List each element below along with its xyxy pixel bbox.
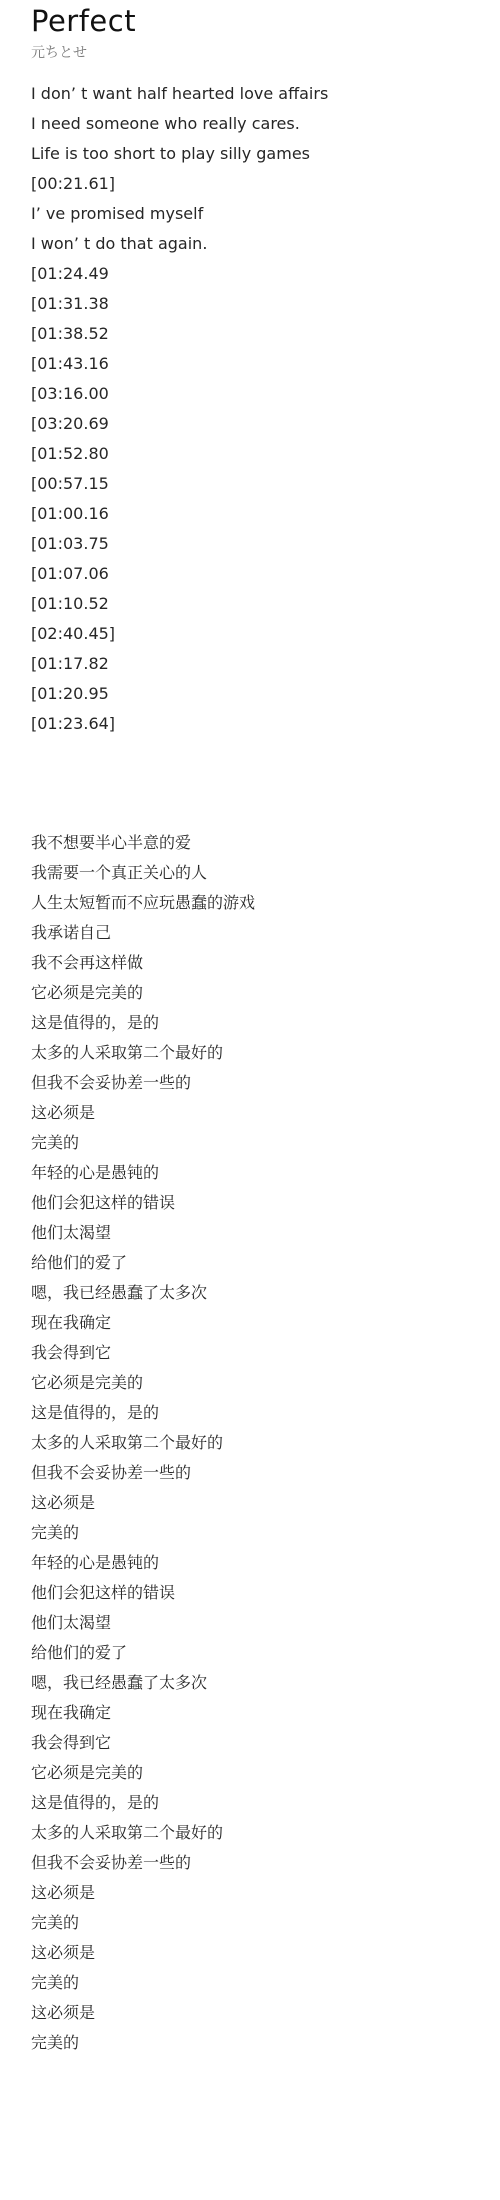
lyric-line: 人生太短暂而不应玩愚蠢的游戏 [31, 888, 480, 918]
lyric-line: [00:57.15 [31, 469, 480, 499]
lyric-line: 这是值得的，是的 [31, 1008, 480, 1038]
lyric-line: 这必须是 [31, 1938, 480, 1968]
lyric-line: 我会得到它 [31, 1728, 480, 1758]
lyric-line: 他们太渴望 [31, 1218, 480, 1248]
lyric-line: [01:43.16 [31, 349, 480, 379]
lyric-line: 他们会犯这样的错误 [31, 1188, 480, 1218]
lyric-line: [00:21.61] [31, 169, 480, 199]
lyric-line: [01:23.64] [31, 709, 480, 739]
lyric-line: 我会得到它 [31, 1338, 480, 1368]
lyric-line: I won’ t do that again. [31, 229, 480, 259]
lyric-line: 我需要一个真正关心的人 [31, 858, 480, 888]
chinese-lyrics-block: 我不想要半心半意的爱我需要一个真正关心的人人生太短暂而不应玩愚蠢的游戏我承诺自己… [31, 828, 480, 2058]
lyric-line: 它必须是完美的 [31, 1368, 480, 1398]
lyric-line: [01:52.80 [31, 439, 480, 469]
lyrics-page: Perfect 元ちとせ I don’ t want half hearted … [0, 0, 500, 2200]
lyric-line: 这必须是 [31, 1878, 480, 1908]
lyric-line: 嗯，我已经愚蠢了太多次 [31, 1278, 480, 1308]
lyric-line: 完美的 [31, 1908, 480, 1938]
lyric-line: [01:24.49 [31, 259, 480, 289]
lyric-line: I don’ t want half hearted love affairs [31, 79, 480, 109]
lyric-line: [01:31.38 [31, 289, 480, 319]
lyric-line: 完美的 [31, 1128, 480, 1158]
lyric-line: 但我不会妥协差一些的 [31, 1068, 480, 1098]
lyric-line: [01:03.75 [31, 529, 480, 559]
lyric-line: 太多的人采取第二个最好的 [31, 1818, 480, 1848]
lyric-line: 现在我确定 [31, 1308, 480, 1338]
lyric-line: 这必须是 [31, 1998, 480, 2028]
lyric-line: [03:16.00 [31, 379, 480, 409]
lyric-line: 嗯，我已经愚蠢了太多次 [31, 1668, 480, 1698]
lyric-line: [02:40.45] [31, 619, 480, 649]
lyric-line: 年轻的心是愚钝的 [31, 1158, 480, 1188]
lyric-line: [01:07.06 [31, 559, 480, 589]
lyric-line: 这是值得的，是的 [31, 1398, 480, 1428]
lyric-line: 这必须是 [31, 1098, 480, 1128]
lyric-line: 他们太渴望 [31, 1608, 480, 1638]
lyric-line: [01:00.16 [31, 499, 480, 529]
lyric-line: 太多的人采取第二个最好的 [31, 1038, 480, 1068]
lyric-line: [01:20.95 [31, 679, 480, 709]
lyric-line: 完美的 [31, 1518, 480, 1548]
english-lyrics-block: I don’ t want half hearted love affairsI… [31, 79, 480, 739]
lyric-line: 我承诺自己 [31, 918, 480, 948]
artist-name: 元ちとせ [31, 44, 480, 63]
lyric-line: [01:38.52 [31, 319, 480, 349]
lyric-line: 完美的 [31, 2028, 480, 2058]
lyric-line: 完美的 [31, 1968, 480, 1998]
lyric-line: Life is too short to play silly games [31, 139, 480, 169]
lyric-line: 这必须是 [31, 1488, 480, 1518]
lyric-line: 这是值得的，是的 [31, 1788, 480, 1818]
lyric-line: [01:17.82 [31, 649, 480, 679]
lyric-line: 但我不会妥协差一些的 [31, 1458, 480, 1488]
lyric-line: 他们会犯这样的错误 [31, 1578, 480, 1608]
lyric-line: 给他们的爱了 [31, 1248, 480, 1278]
lyric-line: [01:10.52 [31, 589, 480, 619]
lyric-line: 我不会再这样做 [31, 948, 480, 978]
lyric-line: 它必须是完美的 [31, 1758, 480, 1788]
lyric-line: I need someone who really cares. [31, 109, 480, 139]
lyric-line: 现在我确定 [31, 1698, 480, 1728]
lyric-line: [03:20.69 [31, 409, 480, 439]
lyric-line: 但我不会妥协差一些的 [31, 1848, 480, 1878]
lyric-line: I’ ve promised myself [31, 199, 480, 229]
lyric-line: 年轻的心是愚钝的 [31, 1548, 480, 1578]
lyric-line: 给他们的爱了 [31, 1638, 480, 1668]
song-title: Perfect [31, 2, 480, 40]
lyric-line: 太多的人采取第二个最好的 [31, 1428, 480, 1458]
lyric-line: 我不想要半心半意的爱 [31, 828, 480, 858]
lyric-line: 它必须是完美的 [31, 978, 480, 1008]
